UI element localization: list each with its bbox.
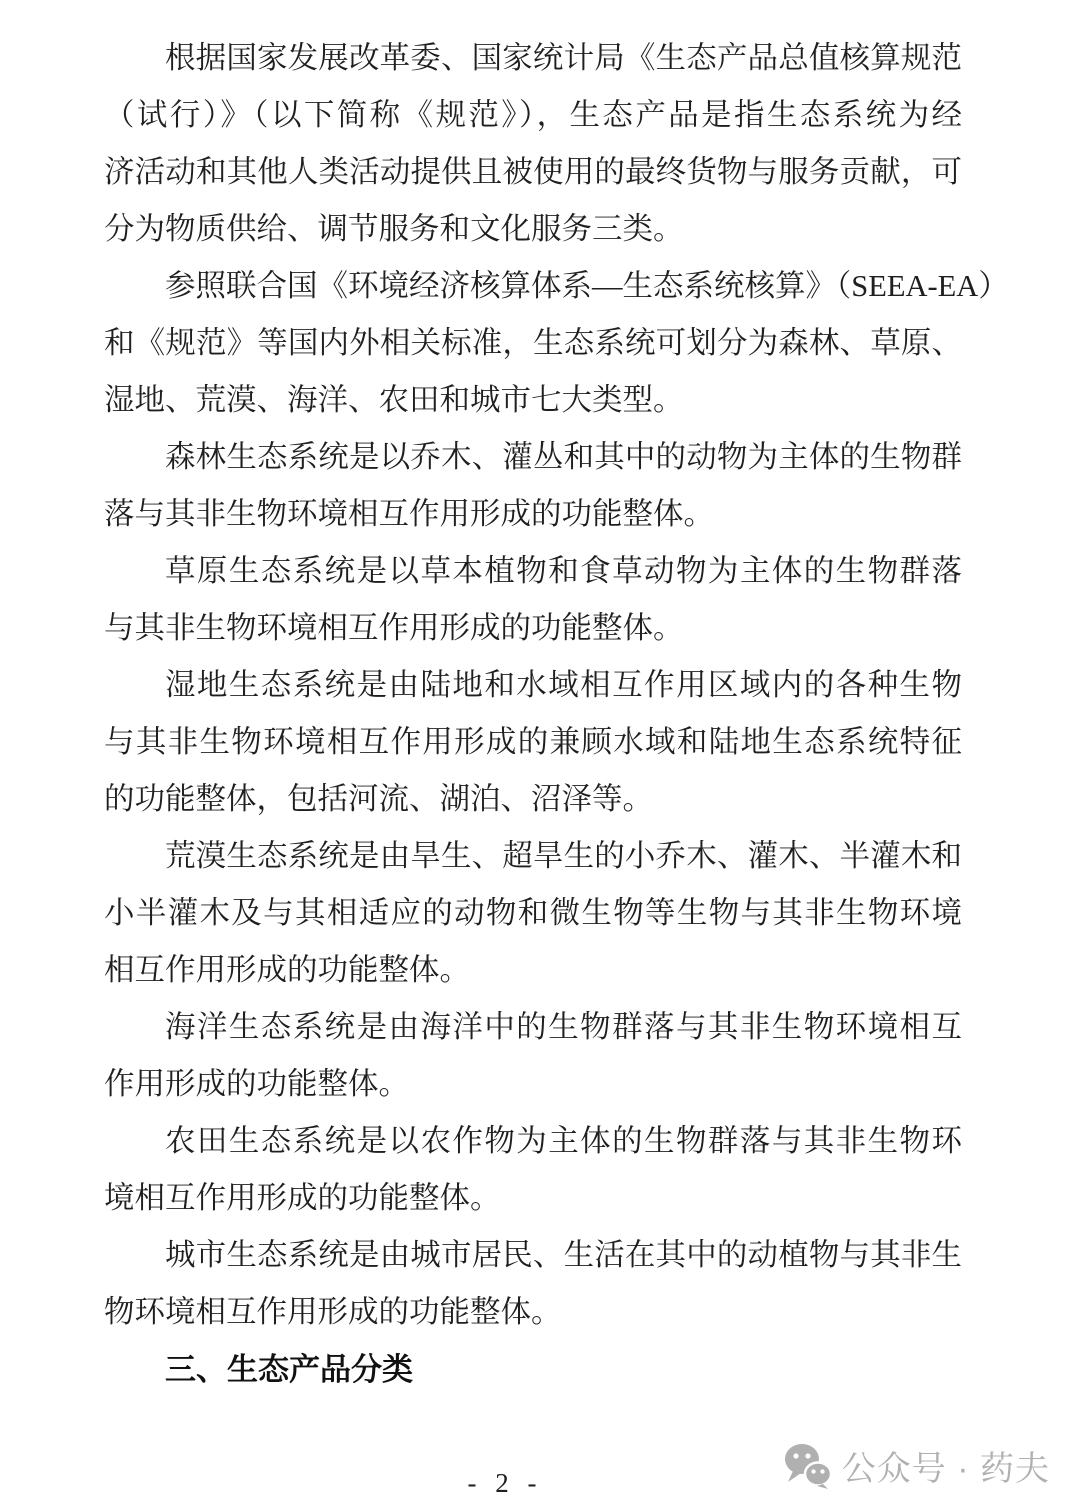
text-line: 根据国家发展改革委、国家统计局《生态产品总值核算规范 xyxy=(104,30,962,87)
text-line: 落与其非生物环境相互作用形成的功能整体。 xyxy=(104,486,962,543)
text-line: 城市生态系统是由城市居民、生活在其中的动植物与其非生 xyxy=(104,1227,962,1284)
text-line: 和《规范》等国内外相关标准，生态系统可划分为森林、草原、 xyxy=(104,315,962,372)
watermark: 公众号 · 药夫 xyxy=(784,1441,1050,1490)
text-line: 湿地生态系统是由陆地和水域相互作用区域内的各种生物 xyxy=(104,657,962,714)
text-line: 作用形成的功能整体。 xyxy=(104,1056,962,1113)
text-line: 小半灌木及与其相适应的动物和微生物等生物与其非生物环境 xyxy=(104,885,962,942)
section-heading: 三、生态产品分类 xyxy=(104,1341,1023,1398)
text-line: 参照联合国《环境经济核算体系—生态系统核算》（SEEA-EA） xyxy=(104,258,962,315)
text-line: 济活动和其他人类活动提供且被使用的最终货物与服务贡献，可 xyxy=(104,144,962,201)
text-line: 分为物质供给、调节服务和文化服务三类。 xyxy=(104,201,962,258)
wechat-icon xyxy=(784,1443,832,1489)
text-line: （试行）》（以下简称《规范》），生态产品是指生态系统为经 xyxy=(104,87,962,144)
text-line: 森林生态系统是以乔木、灌丛和其中的动物为主体的生物群 xyxy=(104,429,962,486)
text-line: 与其非生物环境相互作用形成的功能整体。 xyxy=(104,600,962,657)
text-line: 相互作用形成的功能整体。 xyxy=(104,942,962,999)
text-line: 物环境相互作用形成的功能整体。 xyxy=(104,1284,962,1341)
body-text: 根据国家发展改革委、国家统计局《生态产品总值核算规范（试行）》（以下简称《规范》… xyxy=(104,30,962,1341)
page-number: - 2 - xyxy=(405,1468,605,1499)
watermark-text: 公众号 · 药夫 xyxy=(842,1441,1050,1490)
text-line: 湿地、荒漠、海洋、农田和城市七大类型。 xyxy=(104,372,962,429)
text-line: 农田生态系统是以农作物为主体的生物群落与其非生物环 xyxy=(104,1113,962,1170)
text-line: 荒漠生态系统是由旱生、超旱生的小乔木、灌木、半灌木和 xyxy=(104,828,962,885)
document-page: 根据国家发展改革委、国家统计局《生态产品总值核算规范（试行）》（以下简称《规范》… xyxy=(0,0,1080,1510)
text-line: 境相互作用形成的功能整体。 xyxy=(104,1170,962,1227)
text-line: 草原生态系统是以草本植物和食草动物为主体的生物群落 xyxy=(104,543,962,600)
text-line: 海洋生态系统是由海洋中的生物群落与其非生物环境相互 xyxy=(104,999,962,1056)
text-line: 与其非生物环境相互作用形成的兼顾水域和陆地生态系统特征 xyxy=(104,714,962,771)
text-line: 的功能整体，包括河流、湖泊、沼泽等。 xyxy=(104,771,962,828)
